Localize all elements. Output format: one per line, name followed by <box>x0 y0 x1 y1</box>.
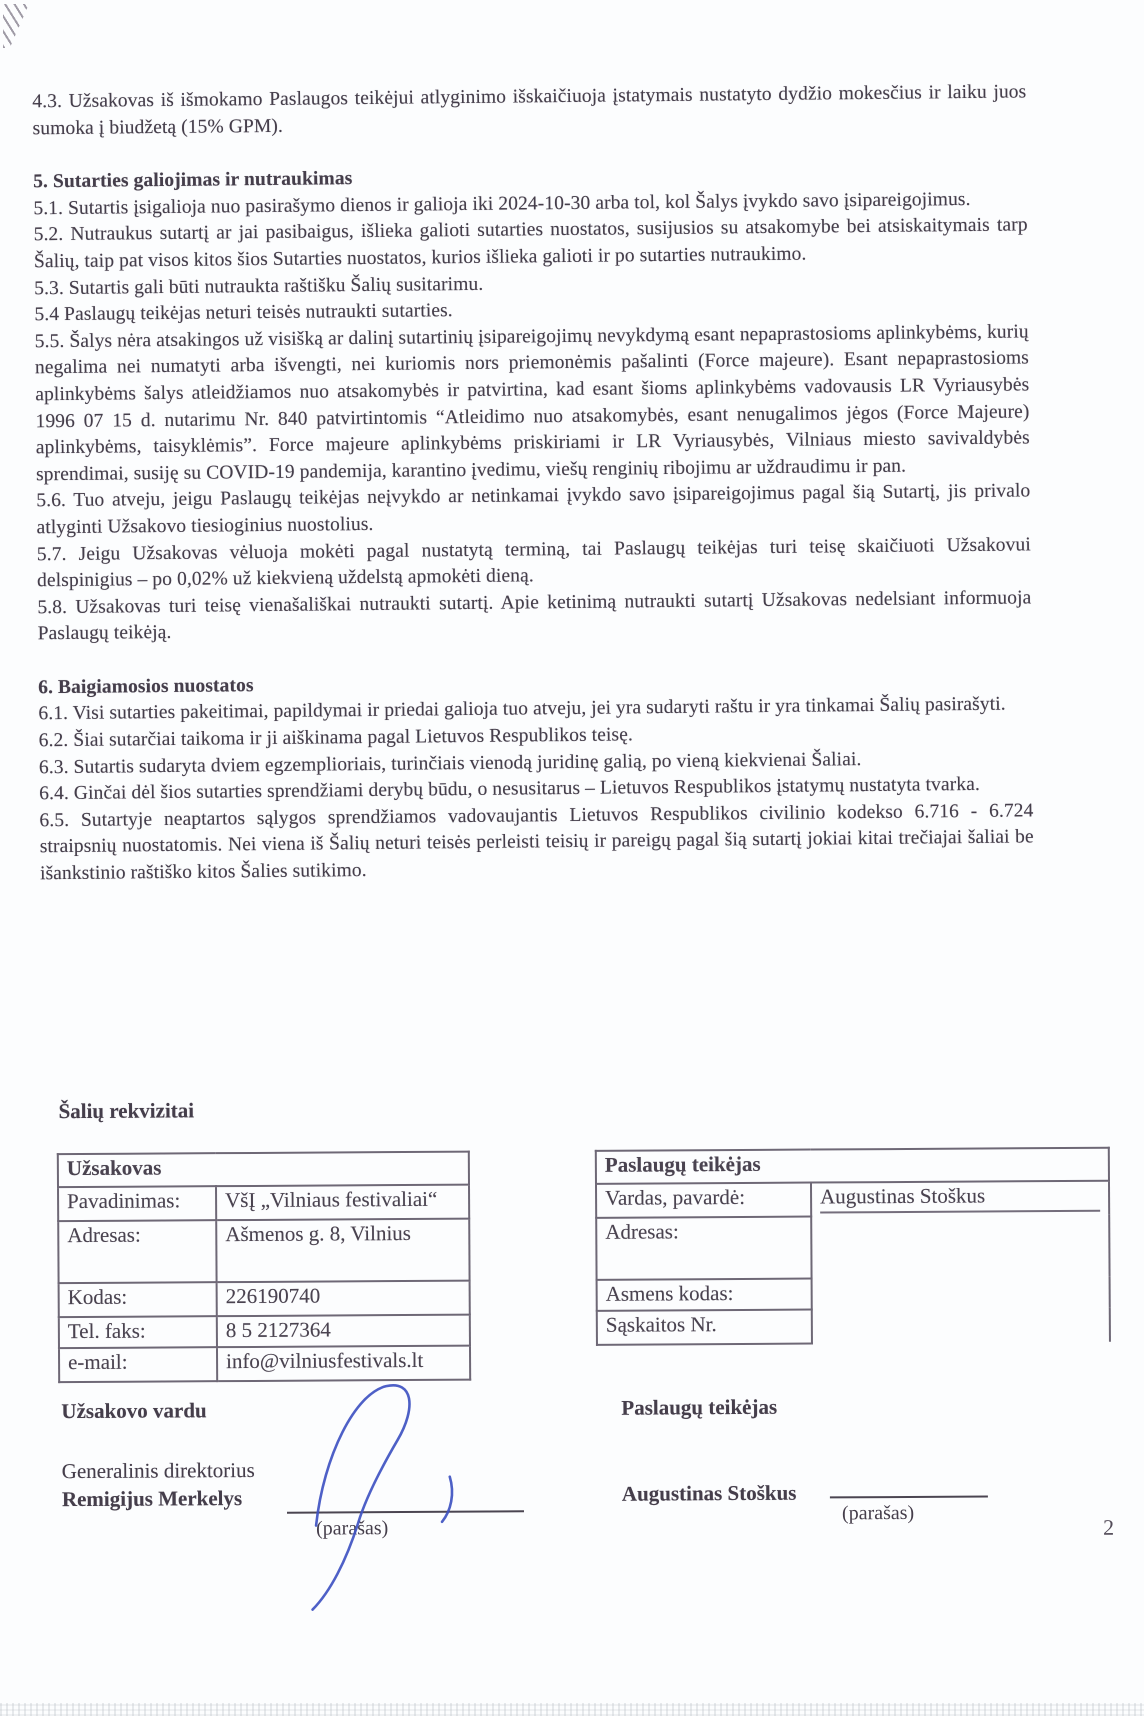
client-table-header: Užsakovas <box>58 1152 469 1188</box>
row-label: Adresas: <box>58 1220 216 1283</box>
table-row: Paslaugų teikėjas <box>596 1148 1109 1184</box>
clause-5-2: 5.2. Nutraukus sutartį ar jai pasibaigus… <box>34 213 1028 276</box>
clause-5-7: 5.7. Jeigu Užsakovas vėluoja mokėti paga… <box>37 532 1031 595</box>
scanned-contract-page: 4.3. Užsakovas iš išmokamo Paslaugos tei… <box>0 0 1144 1716</box>
row-label: e-mail: <box>59 1347 217 1382</box>
row-label: Adresas: <box>596 1217 811 1280</box>
table-row: Užsakovas <box>58 1152 469 1188</box>
provider-signature-title: Paslaugų teikėjas <box>621 1395 777 1421</box>
provider-table-header: Paslaugų teikėjas <box>596 1148 1109 1184</box>
row-value: 8 5 2127364 <box>217 1315 470 1348</box>
clause-5-6: 5.6. Tuo atveju, jeigu Paslaugų teikėjas… <box>36 479 1030 542</box>
clause-5-5: 5.5. Šalys nėra atsakingos už visišką ar… <box>35 319 1031 488</box>
table-row: Pavadinimas: VšĮ „Vilniaus festivaliai“ <box>58 1185 469 1222</box>
client-requisites-table: Užsakovas Pavadinimas: VšĮ „Vilniaus fes… <box>57 1151 471 1384</box>
row-value <box>812 1277 1110 1310</box>
row-label: Pavadinimas: <box>58 1186 216 1221</box>
requisites-heading: Šalių rekvizitai <box>58 1098 194 1124</box>
table-row: Tel. faks: 8 5 2127364 <box>59 1315 470 1349</box>
row-value: Augustinas Stoškus <box>811 1181 1109 1217</box>
provider-signature-line <box>830 1495 988 1498</box>
page-number: 2 <box>1103 1515 1114 1541</box>
table-row: Adresas: Ašmenos g. 8, Vilnius <box>58 1219 469 1284</box>
row-value <box>812 1308 1110 1344</box>
row-value: info@vilniusfestivals.lt <box>217 1346 470 1382</box>
clause-4-3: 4.3. Užsakovas iš išmokamo Paslaugos tei… <box>32 79 1026 142</box>
scan-bottom-edge-artifact <box>0 1703 1144 1716</box>
row-value <box>811 1215 1109 1279</box>
client-signer-role: Generalinis direktorius <box>62 1458 255 1484</box>
provider-name-value: Augustinas Stoškus <box>820 1183 1100 1214</box>
table-row: Adresas: <box>596 1215 1109 1280</box>
clause-5-8: 5.8. Užsakovas turi teisę vienašališkai … <box>37 585 1031 648</box>
client-signer-name: Remigijus Merkelys <box>62 1486 242 1512</box>
contract-clauses: 4.3. Užsakovas iš išmokamo Paslaugos tei… <box>32 79 1034 887</box>
row-value: 226190740 <box>217 1281 470 1317</box>
table-row: Kodas: 226190740 <box>59 1281 470 1318</box>
clause-6-5: 6.5. Sutartyje neaptartos sąlygos sprend… <box>39 798 1034 888</box>
provider-requisites-table: Paslaugų teikėjas Vardas, pavardė: Augus… <box>595 1147 1111 1346</box>
row-label: Tel. faks: <box>59 1316 217 1348</box>
row-value: VšĮ „Vilniaus festivaliai“ <box>216 1185 469 1221</box>
row-label: Sąskaitos Nr. <box>597 1310 812 1345</box>
provider-signature-caption: (parašas) <box>842 1502 914 1525</box>
row-label: Vardas, pavardė: <box>596 1183 811 1218</box>
row-value: Ašmenos g. 8, Vilnius <box>216 1219 469 1283</box>
handwritten-signature <box>253 1376 524 1613</box>
provider-signer-name: Augustinas Stoškus <box>622 1481 797 1507</box>
client-signature-title: Užsakovo vardu <box>61 1398 206 1424</box>
row-label: Asmens kodas: <box>597 1279 812 1311</box>
table-row: Sąskaitos Nr. <box>597 1308 1110 1345</box>
row-label: Kodas: <box>59 1282 217 1317</box>
table-row: Asmens kodas: <box>597 1277 1110 1311</box>
table-row: Vardas, pavardė: Augustinas Stoškus <box>596 1181 1109 1218</box>
paper-sheet: 4.3. Užsakovas iš išmokamo Paslaugos tei… <box>0 0 1144 1716</box>
